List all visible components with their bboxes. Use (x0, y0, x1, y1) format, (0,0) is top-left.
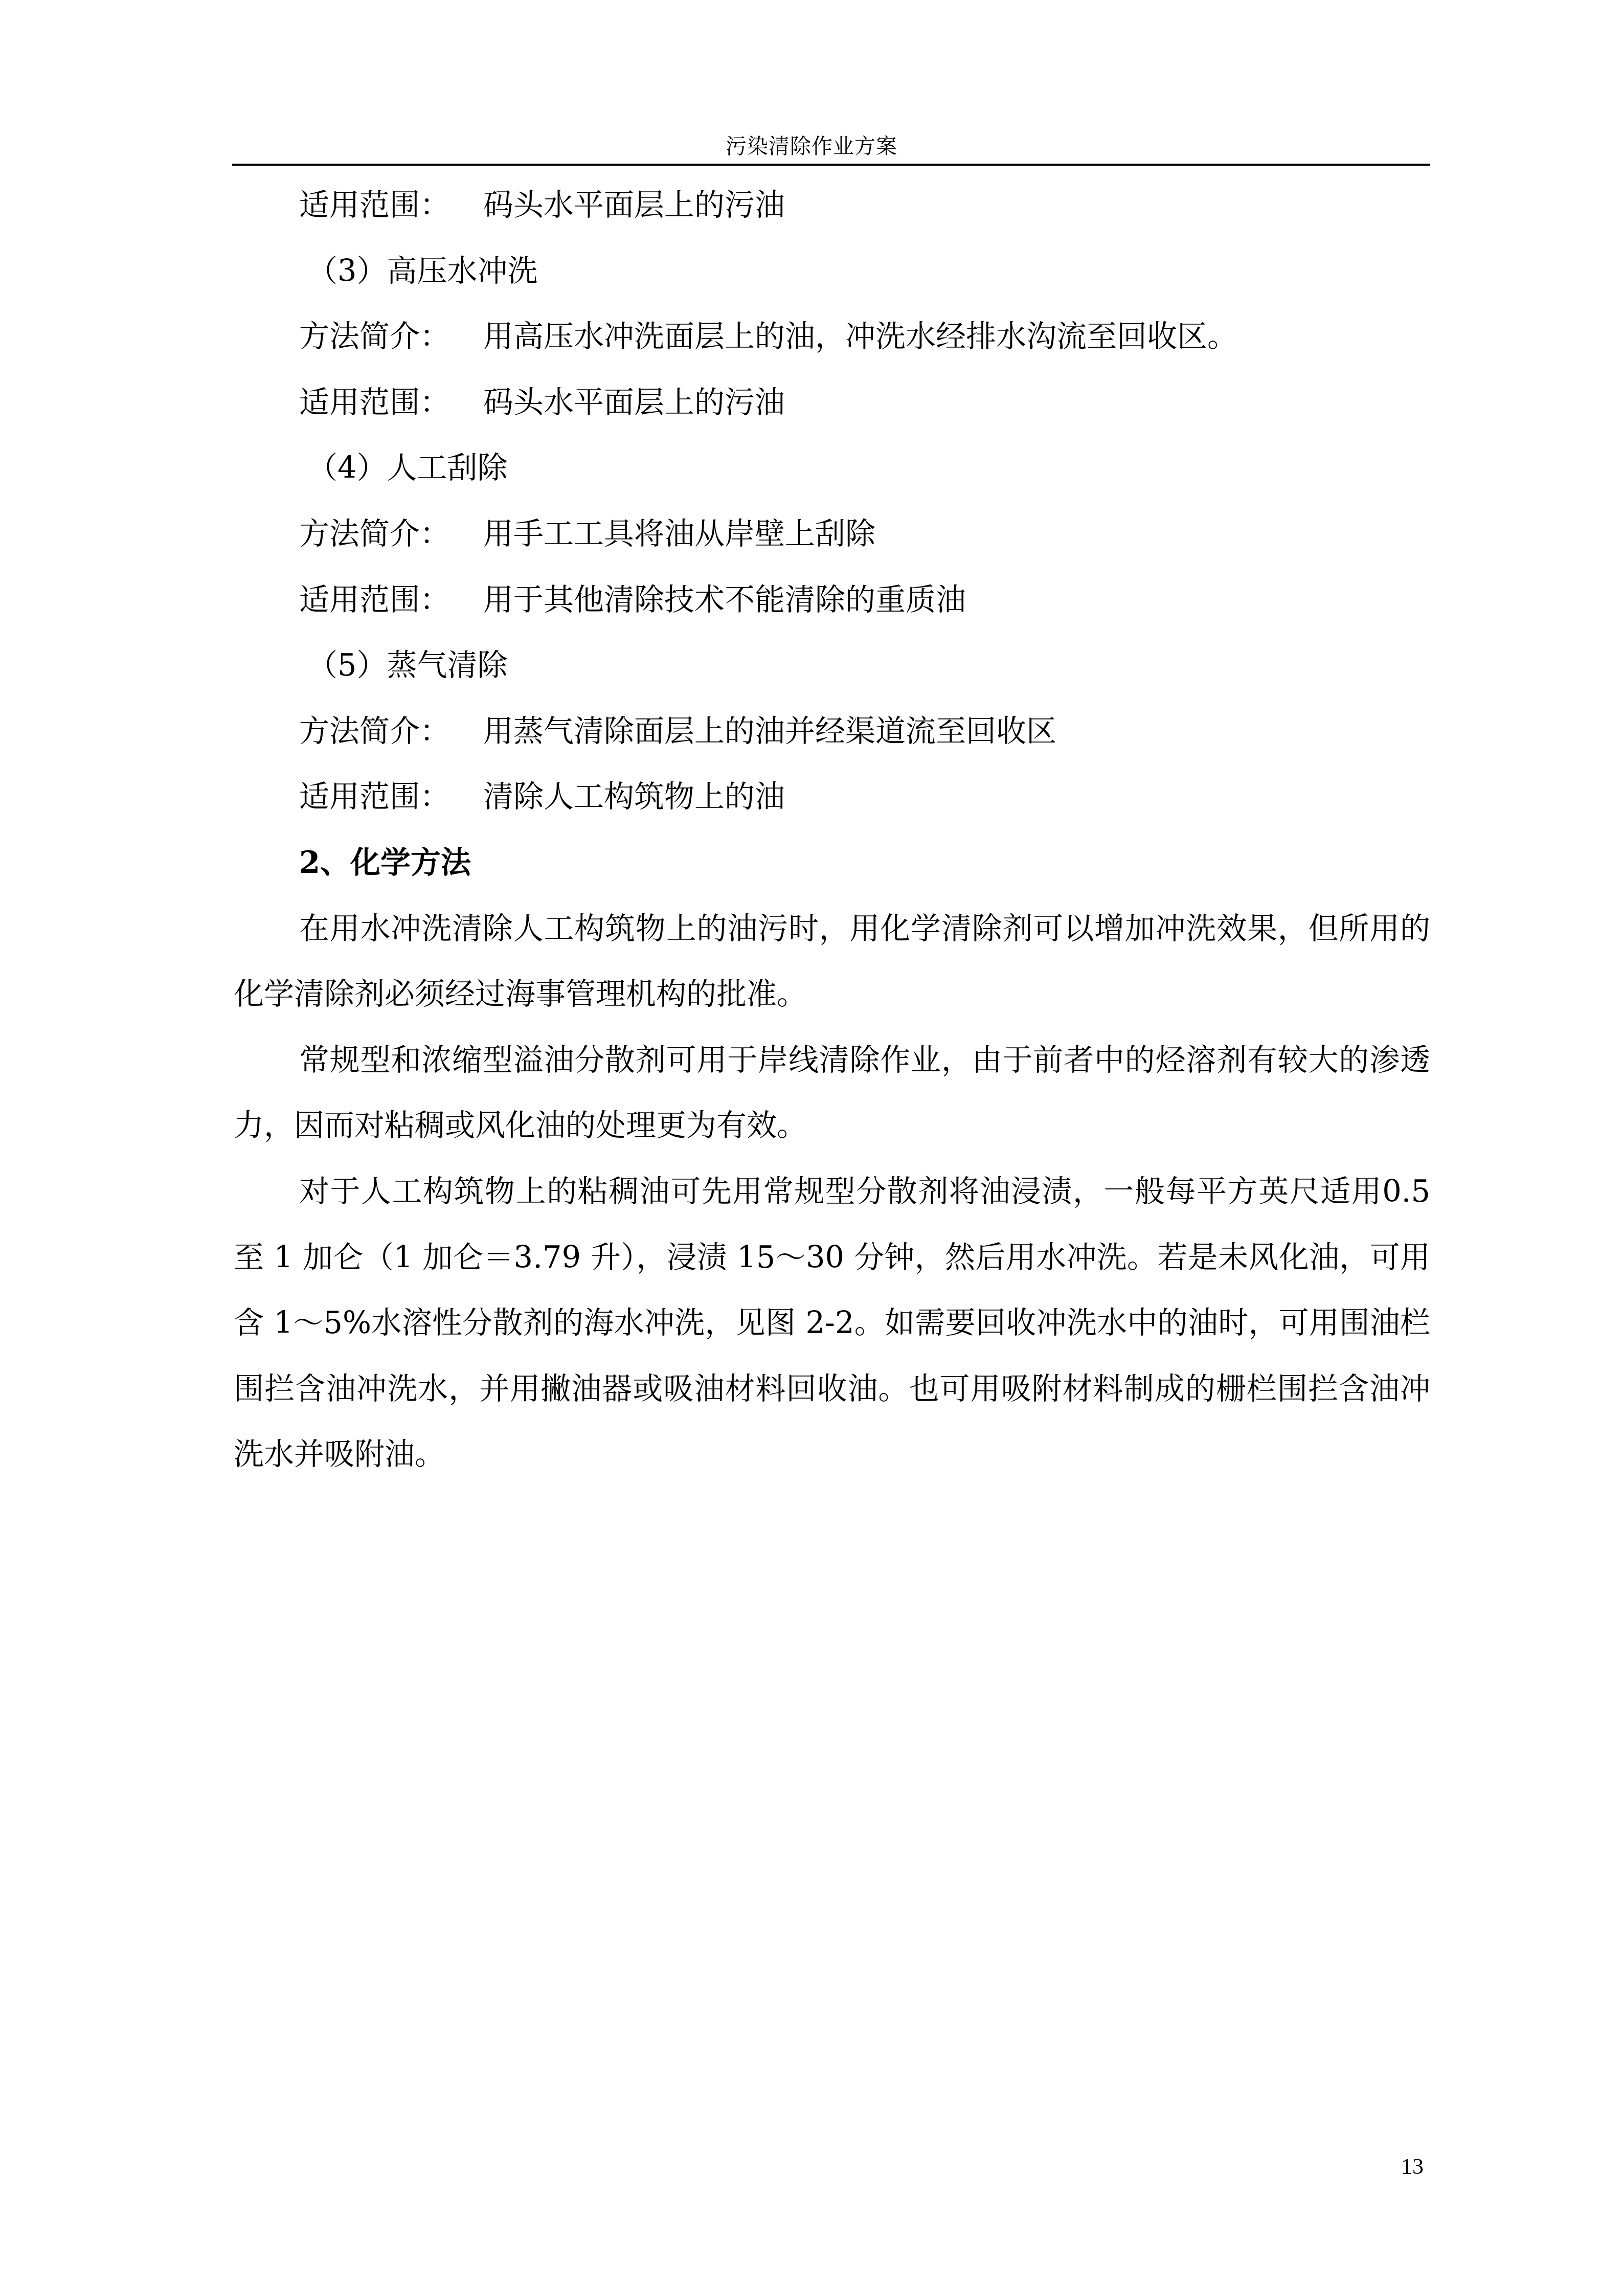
paragraph: 常规型和浓缩型溢油分散剂可用于岸线清除作业，由于前者中的烃溶剂有较大的渗透力，因… (234, 1027, 1430, 1159)
field-label: 适用范围： (299, 172, 483, 238)
field-label: 适用范围： (299, 567, 483, 633)
paragraph: 在用水冲洗清除人工构筑物上的油污时，用化学清除剂可以增加冲洗效果，但所用的化学清… (234, 896, 1430, 1027)
method-intro-line: 方法简介：用蒸气清除面层上的油并经渠道流至回收区 (234, 699, 1430, 764)
field-label: 方法简介： (299, 699, 483, 764)
field-value: 用蒸气清除面层上的油并经渠道流至回收区 (483, 713, 1056, 749)
field-value: 用于其他清除技术不能清除的重质油 (483, 582, 966, 617)
scope-line: 适用范围：码头水平面层上的污油 (234, 172, 1430, 238)
field-value: 用手工工具将油从岸壁上刮除 (483, 516, 875, 551)
method-subheading: （3）高压水冲洗 (234, 238, 1430, 304)
method-subheading: （5）蒸气清除 (234, 633, 1430, 699)
scope-line: 适用范围：码头水平面层上的污油 (234, 370, 1430, 436)
field-value: 码头水平面层上的污油 (483, 187, 785, 222)
method-intro-line: 方法简介：用手工工具将油从岸壁上刮除 (234, 501, 1430, 567)
scope-line: 适用范围：清除人工构筑物上的油 (234, 764, 1430, 830)
page-number: 13 (1401, 2154, 1424, 2179)
field-label: 适用范围： (299, 764, 483, 830)
paragraph: 对于人工构筑物上的粘稠油可先用常规型分散剂将油浸渍，一般每平方英尺适用0.5 至… (234, 1159, 1430, 1488)
field-value: 码头水平面层上的污油 (483, 385, 785, 420)
document-body: 适用范围：码头水平面层上的污油 （3）高压水冲洗 方法简介：用高压水冲洗面层上的… (234, 172, 1430, 1488)
method-intro-line: 方法简介：用高压水冲洗面层上的油，冲洗水经排水沟流至回收区。 (234, 304, 1430, 370)
field-label: 方法简介： (299, 304, 483, 370)
scope-line: 适用范围：用于其他清除技术不能清除的重质油 (234, 567, 1430, 633)
method-subheading: （4）人工刮除 (234, 435, 1430, 501)
field-value: 清除人工构筑物上的油 (483, 779, 785, 814)
field-label: 方法简介： (299, 501, 483, 567)
header-divider (232, 164, 1430, 166)
section-heading: 2、化学方法 (234, 830, 1430, 896)
field-label: 适用范围： (299, 370, 483, 436)
field-value: 用高压水冲洗面层上的油，冲洗水经排水沟流至回收区。 (483, 319, 1237, 354)
running-header-title: 污染清除作业方案 (0, 132, 1623, 161)
